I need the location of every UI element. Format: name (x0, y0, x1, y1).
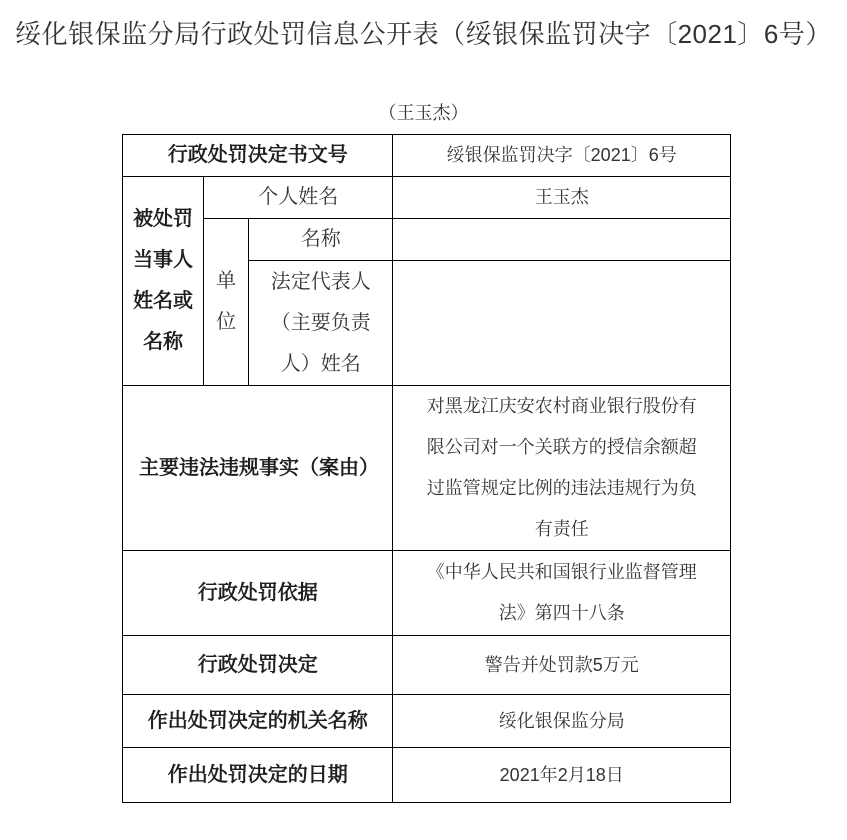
authority-value-cell: 绥化银保监分局 (393, 695, 731, 748)
org-label-text: 单位 (215, 261, 237, 343)
doc-number-label-cell: 行政处罚决定书文号 (123, 135, 393, 177)
basis-value-cell: 《中华人民共和国银行业监督管理法》第四十八条 (393, 551, 731, 636)
facts-label-cell: 主要违法违规事实（案由） (123, 386, 393, 551)
decision-value-cell: 警告并处罚款5万元 (393, 636, 731, 695)
doc-number-value-cell: 绥银保监罚决字〔2021〕6号 (393, 135, 731, 177)
org-name-value-cell (393, 219, 731, 261)
legal-rep-label-cell: 法定代表人（主要负责人）姓名 (249, 261, 393, 386)
row-org-name: 单位 名称 (123, 219, 731, 261)
individual-name-label-cell: 个人姓名 (204, 177, 393, 219)
legal-rep-value-cell (393, 261, 731, 386)
party-group-label-cell: 被处罚当事人姓名或名称 (123, 177, 204, 386)
row-decision: 行政处罚决定 警告并处罚款5万元 (123, 636, 731, 695)
row-doc-number: 行政处罚决定书文号 绥银保监罚决字〔2021〕6号 (123, 135, 731, 177)
page-title: 绥化银保监分局行政处罚信息公开表（绥银保监罚决字〔2021〕6号） (0, 16, 847, 52)
basis-label-cell: 行政处罚依据 (123, 551, 393, 636)
penalty-info-table: 行政处罚决定书文号 绥银保监罚决字〔2021〕6号 被处罚当事人姓名或名称 个人… (122, 134, 731, 803)
row-individual-name: 被处罚当事人姓名或名称 个人姓名 王玉杰 (123, 177, 731, 219)
row-date: 作出处罚决定的日期 2021年2月18日 (123, 748, 731, 803)
date-value-cell: 2021年2月18日 (393, 748, 731, 803)
row-facts: 主要违法违规事实（案由） 对黑龙江庆安农村商业银行股份有限公司对一个关联方的授信… (123, 386, 731, 551)
row-basis: 行政处罚依据 《中华人民共和国银行业监督管理法》第四十八条 (123, 551, 731, 636)
decision-label-cell: 行政处罚决定 (123, 636, 393, 695)
row-authority: 作出处罚决定的机关名称 绥化银保监分局 (123, 695, 731, 748)
org-name-label-cell: 名称 (249, 219, 393, 261)
authority-label-cell: 作出处罚决定的机关名称 (123, 695, 393, 748)
page-subtitle: （王玉杰） (0, 100, 847, 126)
facts-value-cell: 对黑龙江庆安农村商业银行股份有限公司对一个关联方的授信余额超过监管规定比例的违法… (393, 386, 731, 551)
individual-name-value-cell: 王玉杰 (393, 177, 731, 219)
date-label-cell: 作出处罚决定的日期 (123, 748, 393, 803)
org-label-cell: 单位 (204, 219, 249, 386)
